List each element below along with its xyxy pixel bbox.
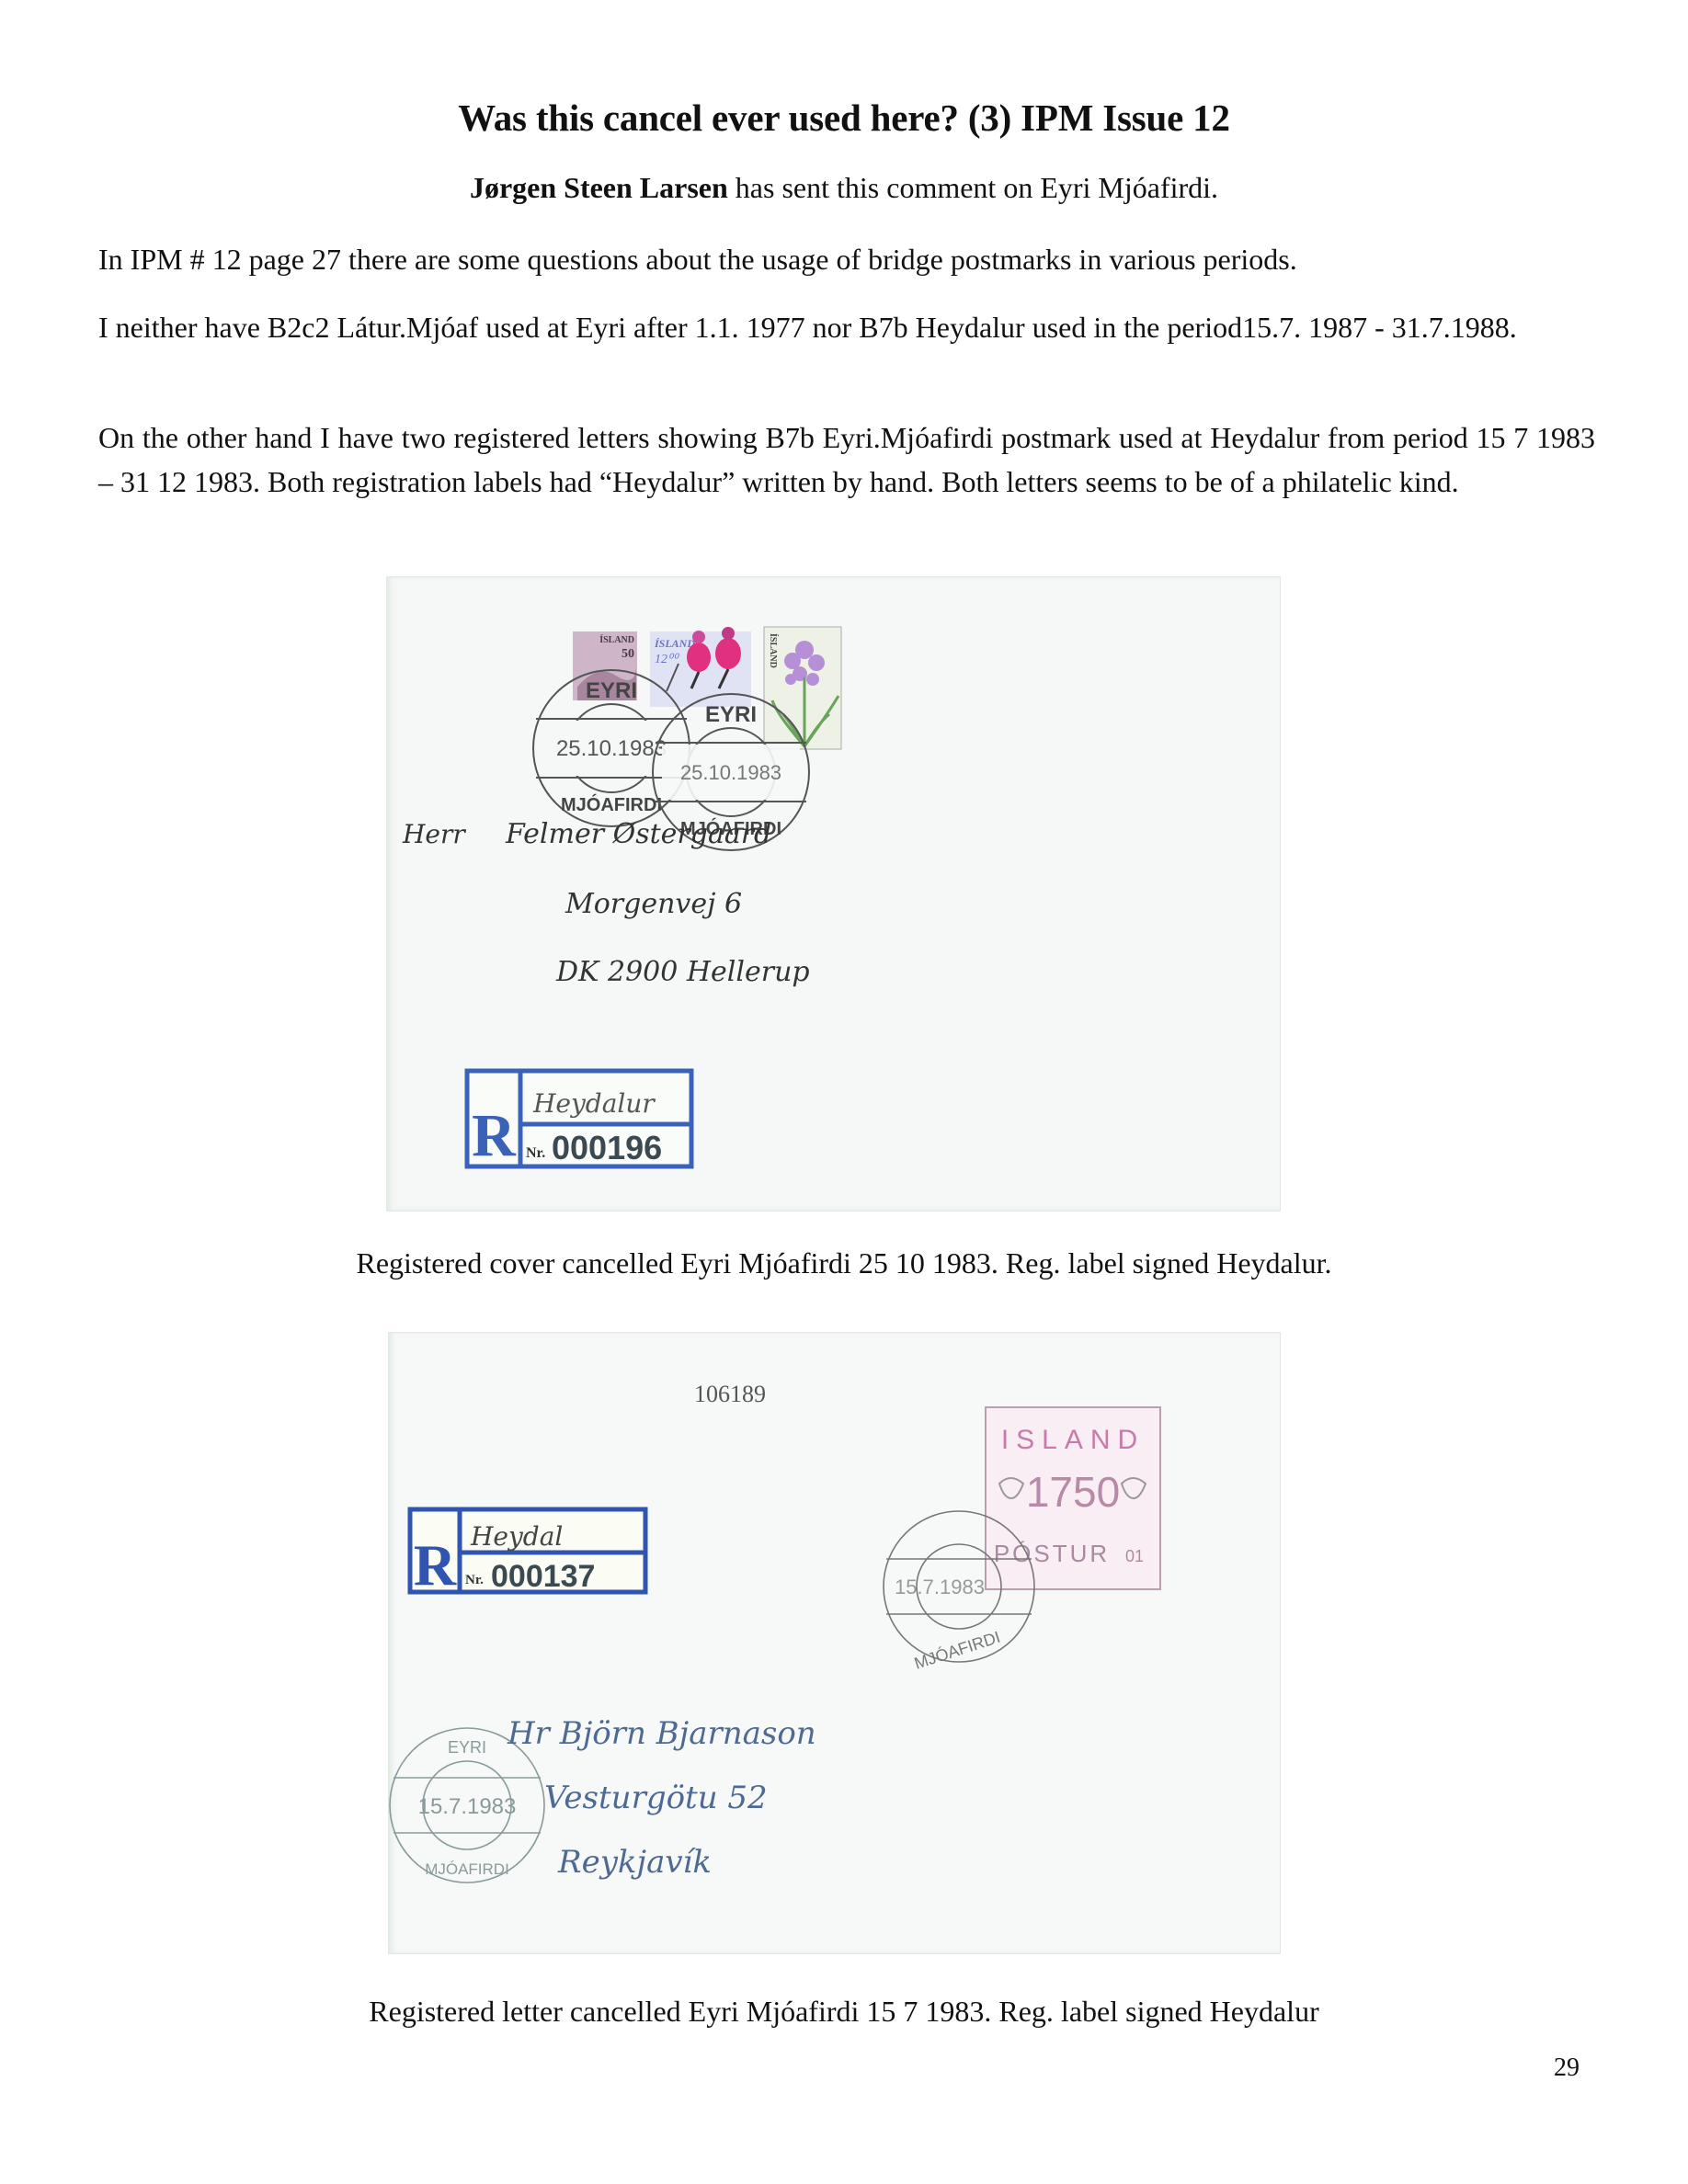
svg-text:ISLAND: ISLAND [1001,1425,1145,1455]
byline-text: has sent this comment on Eyri Mjóafirdi. [728,171,1218,204]
paragraph-2: I neither have B2c2 Látur.Mjóaf used at … [98,305,1595,349]
paragraph-1: In IPM # 12 page 27 there are some quest… [98,237,1595,281]
page-title: Was this cancel ever used here? (3) IPM … [0,96,1688,140]
svg-text:Nr.: Nr. [465,1573,484,1587]
serial-number: 106189 [694,1381,766,1407]
page-number: 29 [1554,2053,1580,2083]
svg-text:Vesturgötu 52: Vesturgötu 52 [544,1780,768,1816]
registration-label-1-drawing: R Heydalur Nr. 000196 [460,1064,699,1174]
svg-text:Heydalur: Heydalur [532,1088,656,1119]
svg-text:Nr.: Nr. [526,1145,545,1161]
svg-text:PÓSTUR: PÓSTUR [994,1540,1110,1567]
svg-text:MJÓAFIRDI: MJÓAFIRDI [425,1860,509,1878]
svg-text:1750: 1750 [1026,1468,1120,1516]
svg-text:EYRI: EYRI [448,1738,486,1757]
meter-stamp: ISLAND 1750 PÓSTUR 01 [986,1407,1160,1589]
figure-caption-1: Registered cover cancelled Eyri Mjóafird… [0,1246,1688,1280]
svg-text:R: R [472,1102,517,1169]
author-name: Jørgen Steen Larsen [470,171,728,204]
svg-text:15.7.1983: 15.7.1983 [418,1794,517,1819]
svg-text:Reykjavík: Reykjavík [557,1844,712,1881]
svg-text:R: R [414,1532,457,1598]
registration-label-2: R Heydal Nr. 000137 [410,1509,645,1598]
svg-text:Hr Björn Bjarnason: Hr Björn Bjarnason [507,1715,816,1752]
svg-text:15.7.1983: 15.7.1983 [895,1575,985,1598]
envelope-image-2: 106189 ISLAND 1750 PÓSTUR 01 15.7.1983 M… [388,1332,1281,1954]
svg-text:000137: 000137 [491,1559,595,1594]
svg-text:01: 01 [1125,1547,1144,1565]
byline: Jørgen Steen Larsen has sent this commen… [0,171,1688,205]
svg-text:000196: 000196 [552,1129,662,1166]
svg-text:Heydal: Heydal [470,1521,563,1552]
paragraph-3: On the other hand I have two registered … [98,415,1595,504]
envelope-2-drawing: 106189 ISLAND 1750 PÓSTUR 01 15.7.1983 M… [388,1332,1281,1954]
svg-text:MJÓAFIRDI: MJÓAFIRDI [912,1627,1003,1673]
figure-caption-2: Registered letter cancelled Eyri Mjóafir… [0,1995,1688,2029]
